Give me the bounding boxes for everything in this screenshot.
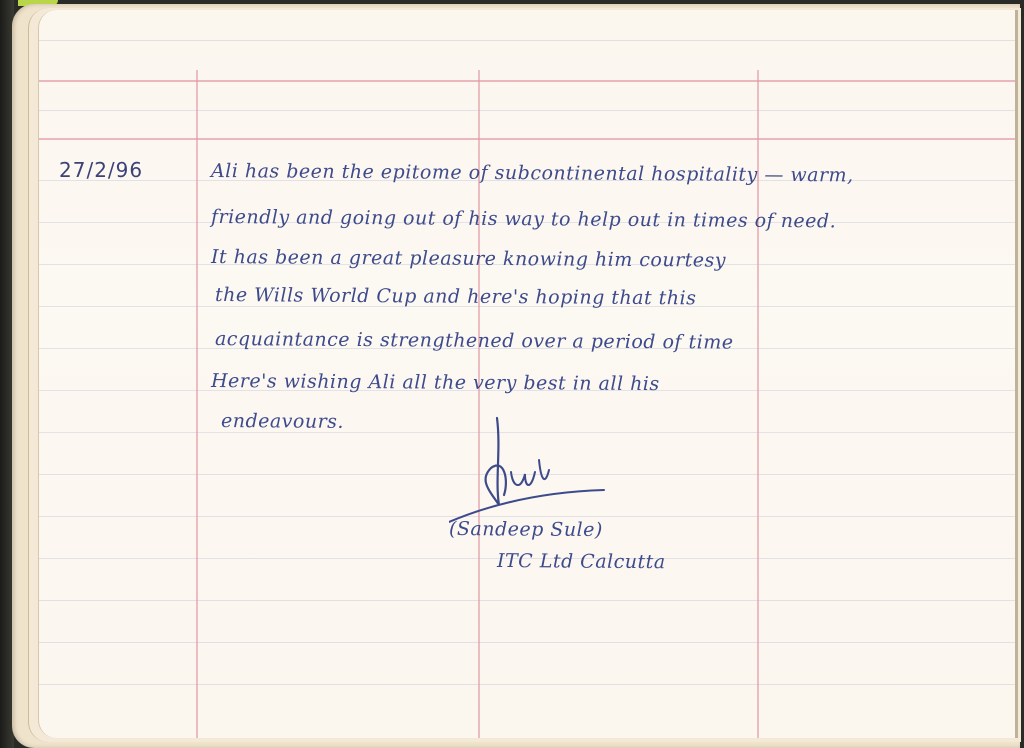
ruled-line — [39, 40, 1015, 41]
signature-mark — [449, 410, 649, 530]
ruled-line — [39, 642, 1015, 643]
entry-line: Here's wishing Ali all the very best in … — [211, 370, 660, 395]
ruled-line — [39, 600, 1015, 601]
entry-line: endeavours. — [221, 410, 344, 433]
entry-line: It has been a great pleasure knowing him… — [211, 246, 726, 272]
entry-line: Ali has been the epitome of subcontinent… — [211, 160, 854, 186]
ruled-line — [39, 684, 1015, 685]
ruled-line — [39, 110, 1015, 111]
signatory-name: (Sandeep Sule) — [449, 518, 603, 541]
entry-line: the Wills World Cup and here's hoping th… — [215, 284, 697, 309]
entry-line: friendly and going out of his way to hel… — [211, 206, 836, 232]
header-rule-bottom — [39, 138, 1015, 140]
entry-line: acquaintance is strengthened over a peri… — [215, 328, 734, 354]
ledger-page: 27/2/96 Ali has been the epitome of subc… — [38, 10, 1018, 738]
header-rule-top — [39, 80, 1015, 82]
column-rule-date — [196, 70, 198, 738]
entry-date: 27/2/96 — [59, 158, 143, 182]
signatory-organization: ITC Ltd Calcutta — [497, 550, 666, 573]
